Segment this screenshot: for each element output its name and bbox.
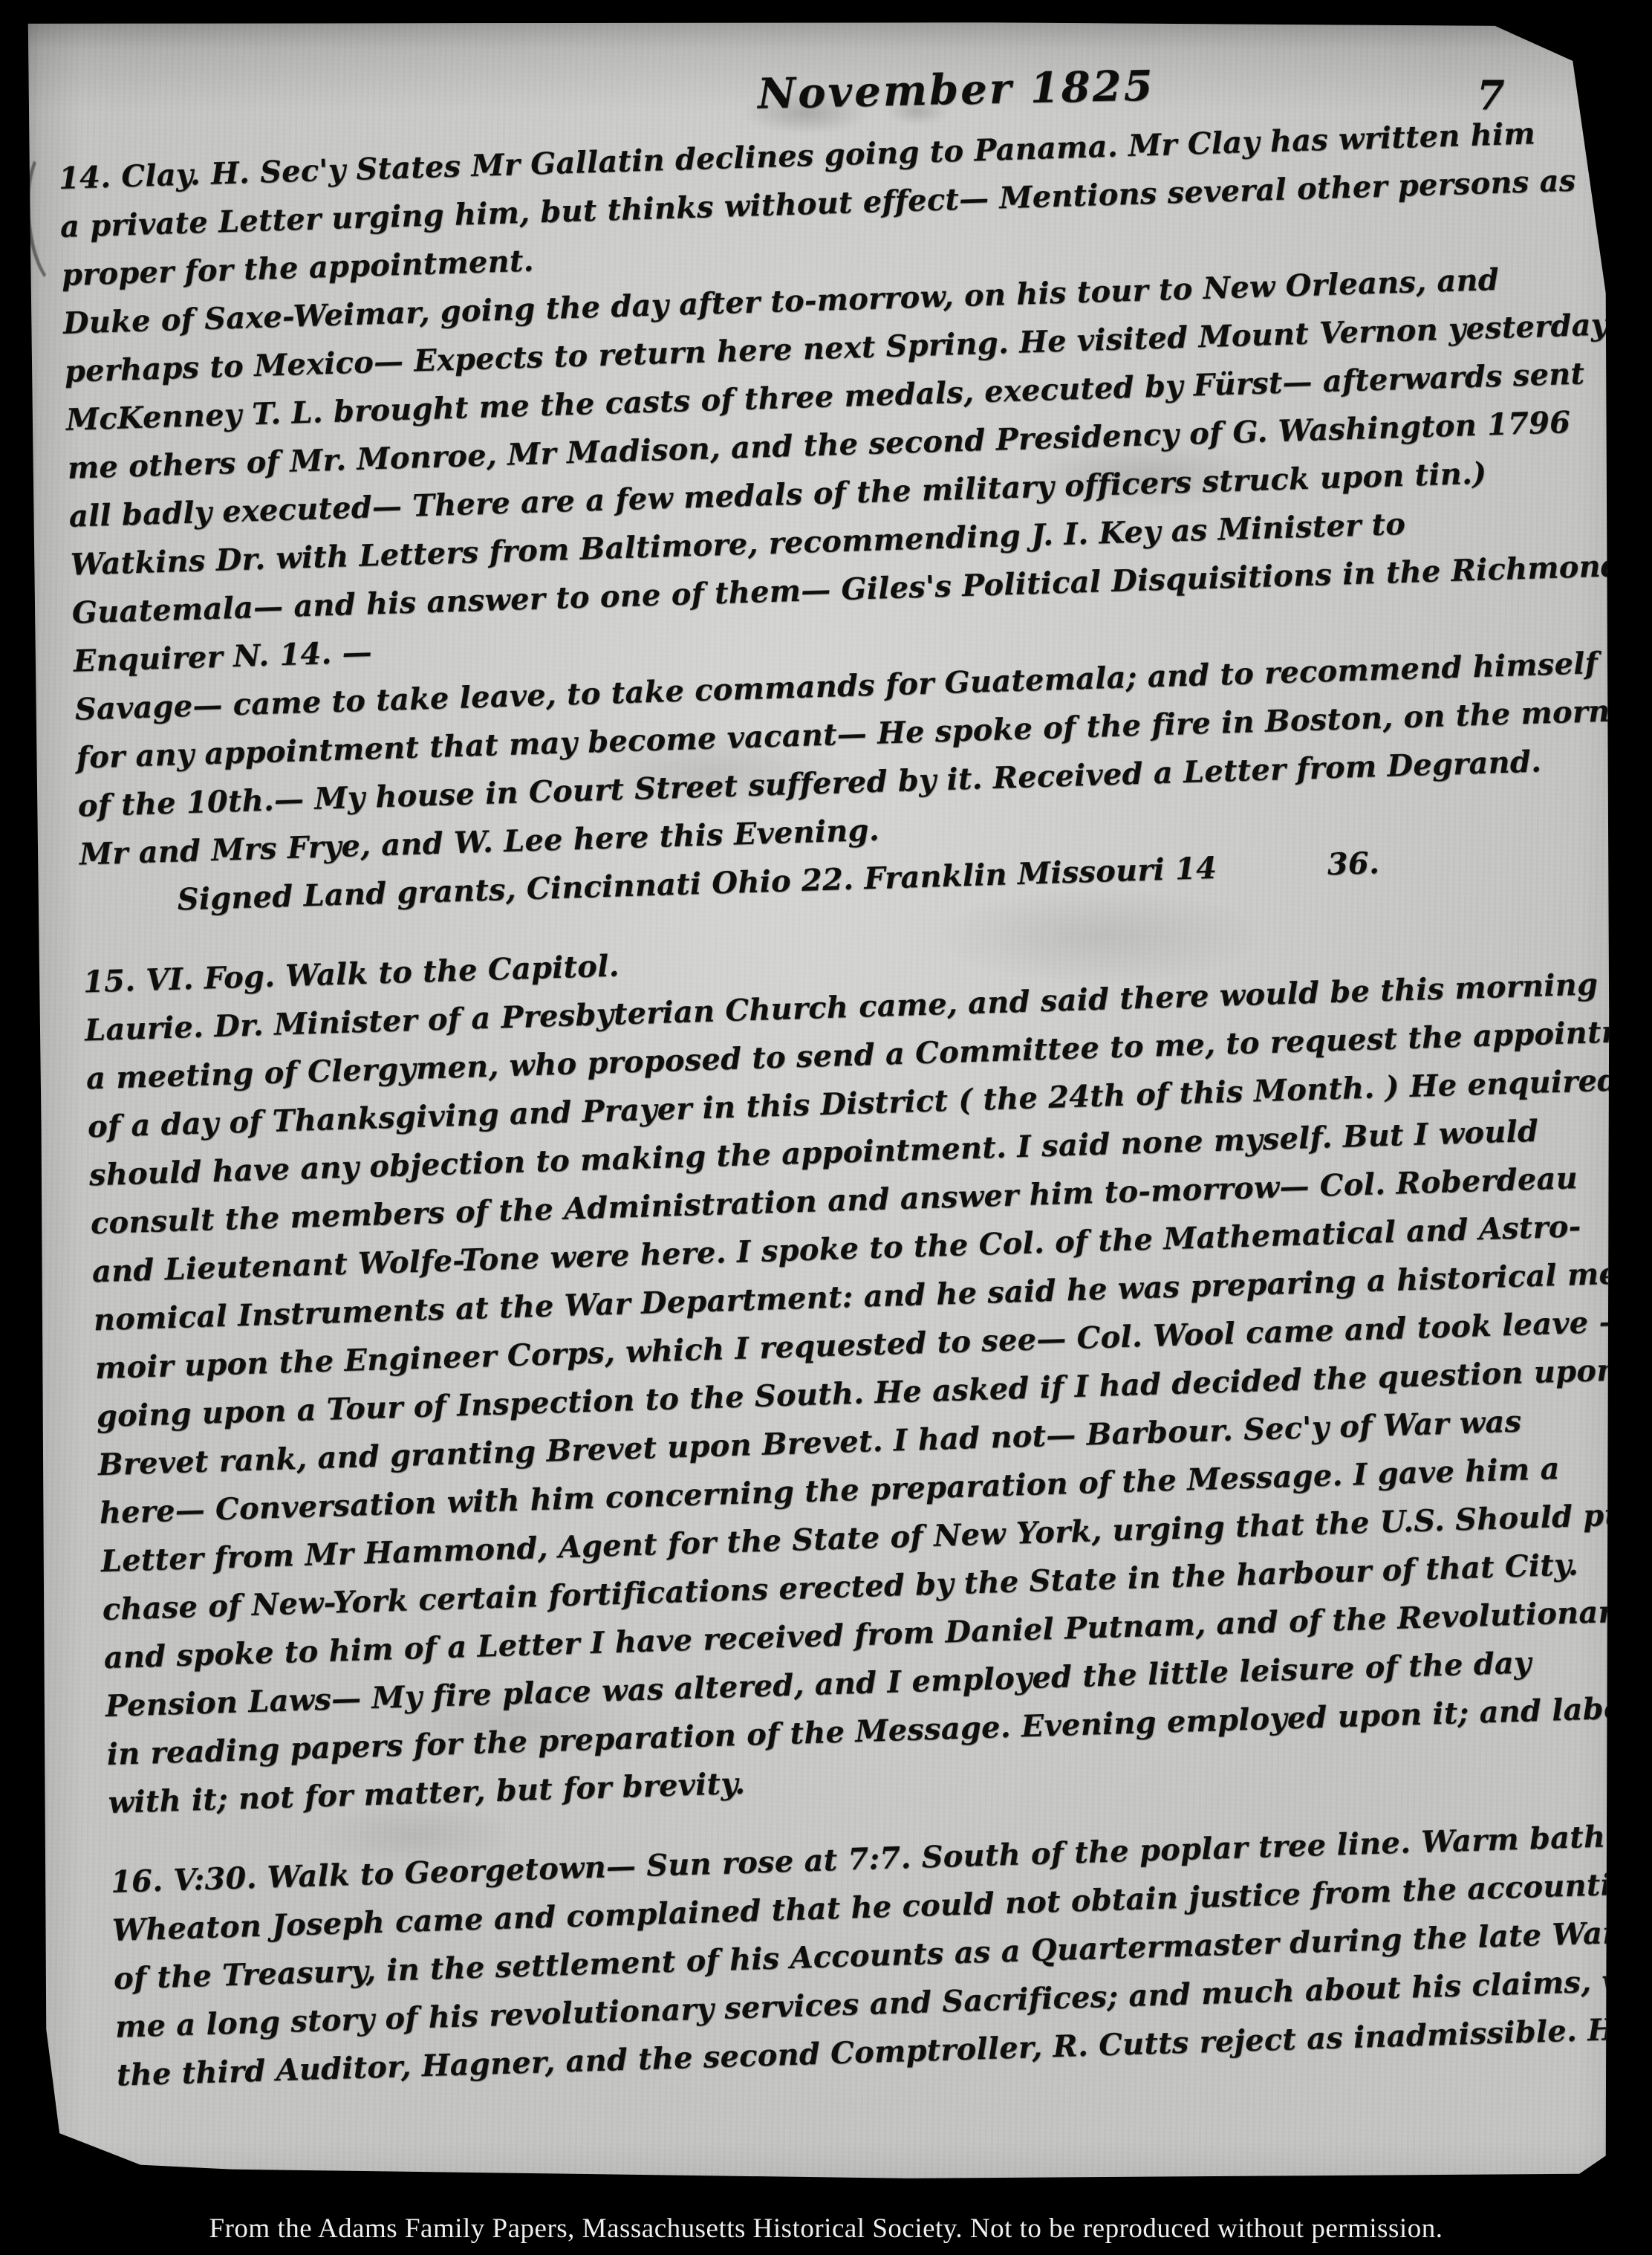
page-header-date: November 1825 — [757, 61, 1155, 118]
margin-paren-mark-entry-15 — [15, 958, 65, 1058]
manuscript-text-block: 14. Clay. H. Sec'y States Mr Gallatin de… — [58, 108, 1639, 2099]
archive-caption: From the Adams Family Papers, Massachuse… — [0, 2213, 1652, 2245]
manuscript-paper: November 1825 7 14. Clay. H. Sec'y State… — [0, 0, 1652, 2255]
